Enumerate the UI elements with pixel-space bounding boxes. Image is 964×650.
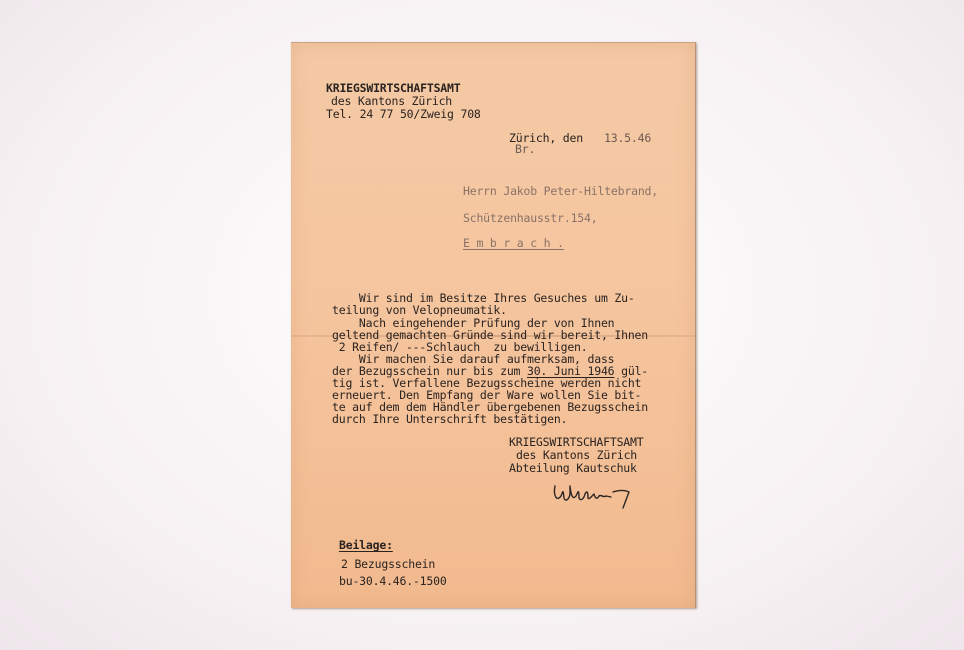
enclosure-ref: bu-30.4.46.-1500 (339, 574, 447, 588)
recipient-city: E m b r a c h . (463, 236, 564, 250)
reference-initials: Br. (515, 142, 535, 156)
sign-department: Abteilung Kautschuk (509, 461, 637, 475)
letterhead-phone: Tel. 24 77 50/Zweig 708 (326, 107, 481, 121)
enclosure-item: 2 Bezugsschein (341, 557, 435, 571)
letter-paper: KRIEGSWIRTSCHAFTSAMT des Kantons Zürich … (291, 42, 696, 608)
handwritten-signature (551, 478, 651, 518)
body-line-11: durch Ihre Unterschrift bestätigen. (332, 412, 567, 426)
recipient-street: Schützenhausstr.154, (463, 211, 597, 225)
date-value: 13.5.46 (604, 131, 651, 145)
body-line-2: teilung von Velopneumatik. (332, 303, 507, 317)
letterhead-canton: des Kantons Zürich (331, 94, 452, 108)
sign-office: KRIEGSWIRTSCHAFTSAMT (509, 435, 643, 449)
letterhead-office: KRIEGSWIRTSCHAFTSAMT (326, 81, 460, 95)
enclosure-label: Beilage: (339, 538, 393, 552)
recipient-name: Herrn Jakob Peter-Hiltebrand, (463, 184, 658, 198)
sign-canton: des Kantons Zürich (516, 448, 637, 462)
